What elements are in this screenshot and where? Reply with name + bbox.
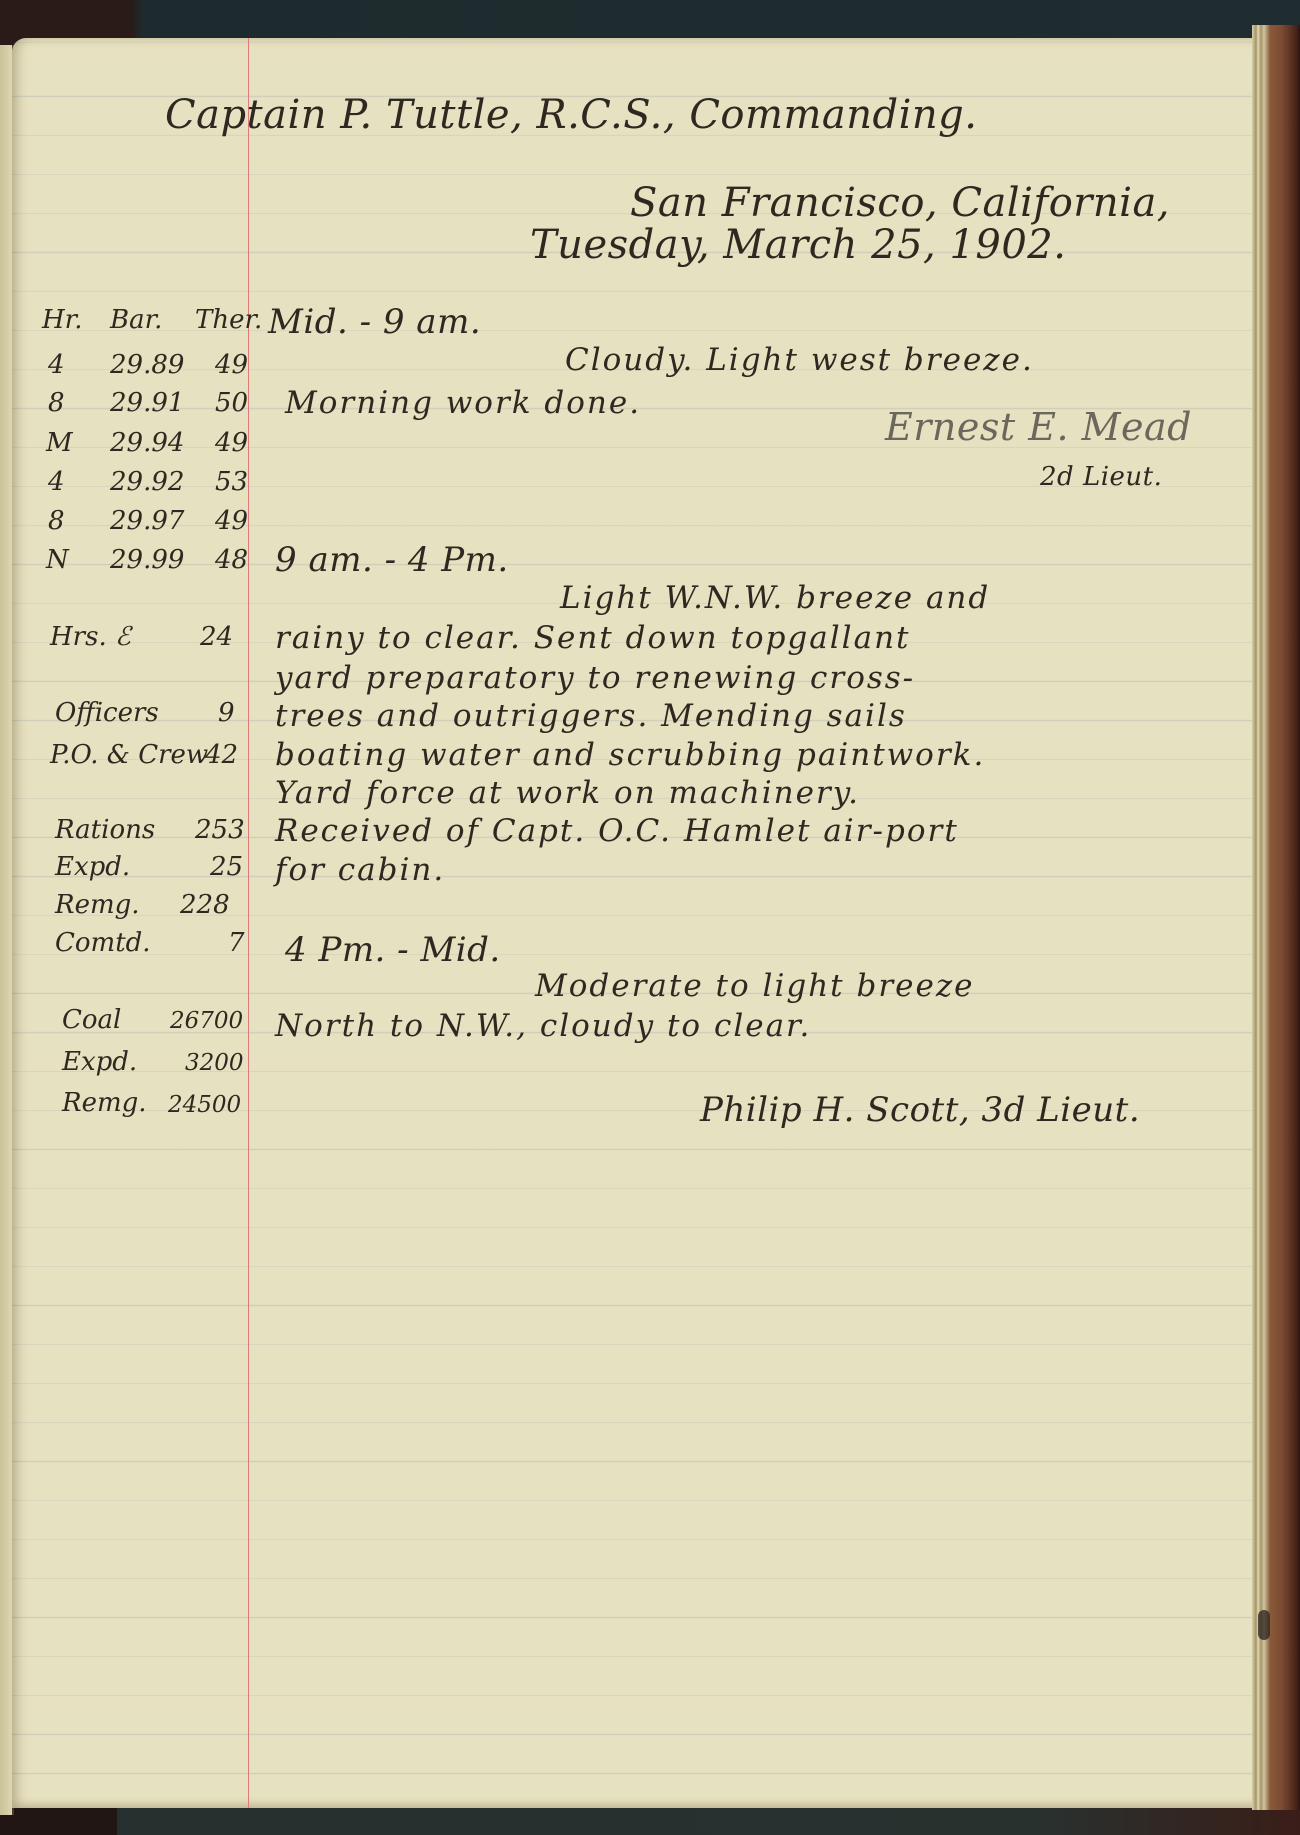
page-marker	[1258, 1610, 1270, 1640]
date-line: Tuesday, March 25, 1902.	[530, 222, 1066, 268]
watch-line: trees and outriggers. Mending sails	[275, 698, 907, 734]
rations-expended-label: Expd.	[55, 852, 130, 882]
coal-remaining-value: 24500	[168, 1092, 241, 1118]
officers-value: 9	[218, 698, 235, 728]
rations-remaining-label: Remg.	[55, 890, 140, 920]
col-header-bar: Bar.	[110, 305, 162, 335]
watch-line: boating water and scrubbing paintwork.	[275, 737, 985, 773]
rations-expended-value: 25	[210, 852, 243, 882]
hours-label: Hrs. ℰ	[50, 622, 131, 652]
coal-expended-value: 3200	[185, 1050, 244, 1076]
margin-rule	[248, 38, 249, 1808]
watch-line: North to N.W., cloudy to clear.	[275, 1008, 811, 1044]
watch-line: Light W.N.W. breeze and	[560, 580, 990, 616]
watch-line: Morning work done.	[285, 385, 641, 421]
rations-remaining-value: 228	[180, 890, 230, 920]
watch-line: Cloudy. Light west breeze.	[565, 342, 1034, 378]
hours-value: 24	[200, 622, 233, 652]
page-edges	[1252, 25, 1300, 1810]
signature: Ernest E. Mead	[885, 405, 1192, 449]
rations-label: Rations	[55, 815, 155, 845]
logbook-page	[12, 38, 1260, 1808]
crew-label: P.O. & Crew	[50, 740, 208, 770]
watch-period: Mid. - 9 am.	[268, 302, 481, 342]
watch-line: Yard force at work on machinery.	[275, 775, 860, 811]
commuted-label: Comtd.	[55, 928, 151, 958]
col-header-hr: Hr.	[42, 305, 83, 335]
watch-line: Received of Capt. O.C. Hamlet air-port	[275, 813, 959, 849]
backdrop-bottom	[0, 1805, 1300, 1835]
rations-value: 253	[195, 815, 245, 845]
commander-heading: Captain P. Tuttle, R.C.S., Commanding.	[165, 92, 977, 138]
watch-line: for cabin.	[275, 852, 445, 888]
officers-label: Officers	[55, 698, 159, 728]
coal-remaining-label: Remg.	[62, 1088, 147, 1118]
signature: Philip H. Scott, 3d Lieut.	[700, 1090, 1140, 1130]
coal-label: Coal	[62, 1005, 121, 1035]
coal-value: 26700	[170, 1008, 243, 1034]
coal-expended-label: Expd.	[62, 1047, 137, 1077]
commuted-value: 7	[228, 928, 245, 958]
watch-period: 4 Pm. - Mid.	[285, 930, 501, 970]
signature-rank: 2d Lieut.	[1040, 462, 1162, 492]
location-line: San Francisco, California,	[630, 180, 1170, 226]
crew-value: 42	[205, 740, 238, 770]
col-header-ther: Ther.	[195, 305, 262, 335]
watch-line: Moderate to light breeze	[535, 968, 975, 1004]
watch-line: yard preparatory to renewing cross-	[275, 660, 915, 696]
watch-line: rainy to clear. Sent down topgallant	[275, 620, 911, 656]
watch-period: 9 am. - 4 Pm.	[275, 540, 509, 580]
